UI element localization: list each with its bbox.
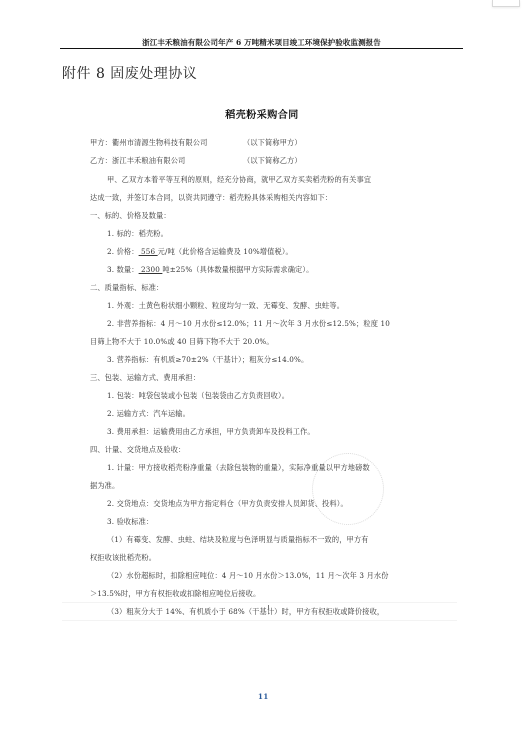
party-a-note: （以下简称甲方） [243,138,302,148]
party-a-row: 甲方：衢州市清源生物科技有限公司 [90,138,207,148]
acceptance-clause-2-cont: ＞13.5%时，甲方有权拒收或扣除相应吨位后接收。 [90,589,260,599]
attachment-title: 附件 8 固废处理协议 [62,63,197,83]
section-3-item-3: 3. 费用承担：运输费用由乙方承担，甲方负责卸车及投料工作。 [107,427,315,437]
scan-edge-line [62,620,457,621]
section-2-item-2: 2. 非营养指标：4 月～10 月水份≤12.0%；11 月～次年 3 月水份≤… [107,319,390,329]
page-number: 11 [258,692,269,701]
section-2-item-1: 1. 外观：土黄色粉状细小颗粒、粒度均匀一致、无霉变、发酵、虫蛀等。 [107,301,344,311]
party-b-name: 浙江丰禾粮油有限公司 [112,156,185,165]
preamble-line-2: 达成一致，并签订本合同，以资共同遵守：稻壳粉具体采购相关内容如下： [90,193,332,203]
section-2-item-3: 3. 营养指标：有机质≥70±2%（干基计）；粗灰分≤14.0%。 [107,355,308,365]
section-3-item-1: 1. 包装：吨袋包装或小包装（包装袋由乙方负责回收）。 [107,391,289,401]
price-note: 元/吨（此价格含运输费及 10%增值税）。 [158,247,293,256]
section-2-item-2-cont: 目筛上物不大于 10.0%或 40 目筛下物不大于 20.0%。 [90,337,274,347]
faint-seal-stamp [312,453,384,525]
section-3-heading: 三、包装、运输方式、费用承担： [90,373,200,383]
party-b-label: 乙方： [90,156,112,165]
section-1-item-3: 3. 数量： 2300 吨±25%（具体数量根据甲方实际需求确定）。 [107,265,313,275]
acceptance-clause-3: （3）粗灰分大于 14%、有机质小于 68%（干基计）时，甲方有权拒收或降价接收… [107,607,384,617]
acceptance-clause-1: （1）有霉变、发酵、虫蛀、结块及粒度与色泽明显与质量指标不一致的，甲方有 [107,535,369,545]
price-label: 2. 价格： [107,247,139,256]
acceptance-clause-2: （2）水份超标时，扣除相应吨位：4 月～10 月水份＞13.0%，11 月～次年… [107,571,389,581]
preamble-line-1: 甲、乙双方本着平等互利的原则，经充分协商，就甲乙双方买卖稻壳粉的有关事宜 [107,175,371,185]
party-b-row: 乙方：浙江丰禾粮油有限公司 [90,156,185,166]
section-4-item-3: 3. 验收标准： [107,517,153,527]
quantity-value: 2300 [139,265,163,274]
running-header: 浙江丰禾粮油有限公司年产 6 万吨精米项目竣工环境保护验收监测报告 [60,37,463,48]
quantity-label: 3. 数量： [107,265,139,274]
section-1-heading: 一、标的、价格及数量： [90,211,171,221]
section-4-item-2: 2. 交货地点：交货地点为甲方指定料仓（甲方负责安排人员卸货、投料）。 [107,499,348,509]
section-3-item-2: 2. 运输方式：汽车运输。 [107,409,190,419]
scan-edge-line [62,602,457,603]
price-value: 556 [139,247,158,256]
scan-mark [268,605,269,610]
scanned-contract: 稻壳粉采购合同 甲方：衢州市清源生物科技有限公司 （以下简称甲方） 乙方：浙江丰… [62,88,462,608]
party-a-label: 甲方： [90,138,112,147]
contract-title: 稻壳粉采购合同 [62,106,462,121]
header-divider [60,48,463,49]
section-1-item-2: 2. 价格： 556 元/吨（此价格含运输费及 10%增值税）。 [107,247,293,257]
section-1-item-1: 1. 标的：稻壳粉。 [107,229,168,239]
quantity-note: 吨±25%（具体数量根据甲方实际需求确定）。 [162,265,313,274]
section-4-item-1-cont: 据为准。 [90,481,119,491]
section-4-heading: 四、计量、交货地点及验收： [90,445,185,455]
party-a-name: 衢州市清源生物科技有限公司 [112,138,207,147]
party-b-note: （以下简称乙方） [243,156,302,166]
page-corner-widget [492,0,520,7]
section-2-heading: 二、质量指标、标准： [90,283,163,293]
acceptance-clause-1-cont: 权拒收该批稻壳粉。 [90,553,156,563]
